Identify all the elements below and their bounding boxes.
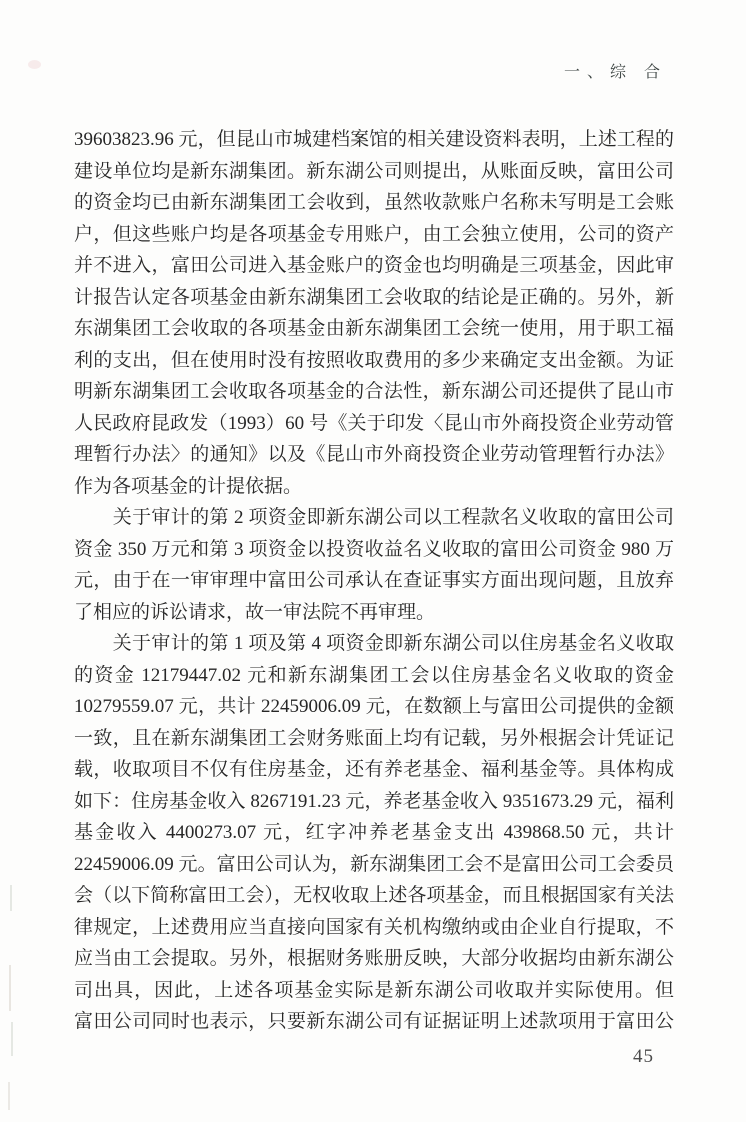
text-line: 司出具，因此，上述各项基金实际是新东湖公司收取并实际使用。但是， xyxy=(74,975,674,1007)
text-line: 基金收入 4400273.07 元，红字冲养老基金支出 439868.50 元，… xyxy=(74,817,674,849)
text-line: 计报告认定各项基金由新东湖集团工会收取的结论是正确的。另外，新 xyxy=(74,282,674,314)
section-header: 一、综 合 xyxy=(564,59,667,82)
text-line: 载，收取项目不仅有住房基金，还有养老基金、福利基金等。具体构成 xyxy=(74,754,674,786)
text-line: 应当由工会提取。另外，根据财务账册反映，大部分收据均由新东湖公 xyxy=(74,943,674,975)
text-line: 资金 350 万元和第 3 项资金以投资收益名义收取的富田公司资金 980 万 xyxy=(74,534,674,566)
text-line: 一致，且在新东湖集团工会财务账面上均有记载，另外根据会计凭证记 xyxy=(74,723,674,755)
text-line: 10279559.07 元，共计 22459006.09 元，在数额上与富田公司… xyxy=(74,691,674,723)
text-line: 户，但这些账户均是各项基金专用账户，由工会独立使用，公司的资产 xyxy=(74,219,674,251)
scan-artifact xyxy=(11,1022,13,1056)
text-line: 明新东湖集团工会收取各项基金的合法性，新东湖公司还提供了昆山市 xyxy=(74,376,674,408)
text-line: 并不进入，富田公司进入基金账户的资金也均明确是三项基金，因此审 xyxy=(74,250,674,282)
text-line: 建设单位均是新东湖集团。新东湖公司则提出，从账面反映，富田公司 xyxy=(74,156,674,188)
scan-artifact xyxy=(28,60,41,69)
text-line: 22459006.09 元。富田公司认为，新东湖集团工会不是富田公司工会委员 xyxy=(74,849,674,881)
text-line: 了相应的诉讼请求，故一审法院不再审理。 xyxy=(74,597,674,629)
document-page: 一、综 合 39603823.96 元，但昆山市城建档案馆的相关建设资料表明，上… xyxy=(0,0,746,1122)
text-line: 利的支出，但在使用时没有按照收取费用的多少来确定支出金额。为证 xyxy=(74,345,674,377)
page-number: 45 xyxy=(633,1046,654,1068)
text-line: 会（以下简称富田工会），无权收取上述各项基金，而且根据国家有关法 xyxy=(74,880,674,912)
text-line: 的资金均已由新东湖集团工会收到，虽然收款账户名称未写明是工会账 xyxy=(74,187,674,219)
scan-artifact xyxy=(9,965,11,1011)
text-line: 关于审计的第 1 项及第 4 项资金即新东湖公司以住房基金名义收取 xyxy=(74,628,674,660)
body-text: 39603823.96 元，但昆山市城建档案馆的相关建设资料表明，上述工程的建设… xyxy=(74,124,674,1038)
text-line: 理暂行办法〉的通知》以及《昆山市外商投资企业劳动管理暂行办法》 xyxy=(74,439,674,471)
text-line: 元，由于在一审审理中富田公司承认在查证事实方面出现问题，且放弃 xyxy=(74,565,674,597)
text-line: 关于审计的第 2 项资金即新东湖公司以工程款名义收取的富田公司 xyxy=(74,502,674,534)
scan-artifact xyxy=(10,885,12,911)
text-line: 作为各项基金的计提依据。 xyxy=(74,471,674,503)
text-line: 富田公司同时也表示，只要新东湖公司有证据证明上述款项用于富田公 xyxy=(74,1006,674,1038)
text-line: 律规定，上述费用应当直接向国家有关机构缴纳或由企业自行提取，不 xyxy=(74,912,674,944)
text-line: 的资金 12179447.02 元和新东湖集团工会以住房基金名义收取的资金 xyxy=(74,660,674,692)
text-line: 东湖集团工会收取的各项基金由新东湖集团工会统一使用，用于职工福 xyxy=(74,313,674,345)
scan-artifact xyxy=(8,1082,10,1110)
text-line: 39603823.96 元，但昆山市城建档案馆的相关建设资料表明，上述工程的 xyxy=(74,124,674,156)
text-line: 如下：住房基金收入 8267191.23 元，养老基金收入 9351673.29… xyxy=(74,786,674,818)
text-line: 人民政府昆政发（1993）60 号《关于印发〈昆山市外商投资企业劳动管 xyxy=(74,408,674,440)
